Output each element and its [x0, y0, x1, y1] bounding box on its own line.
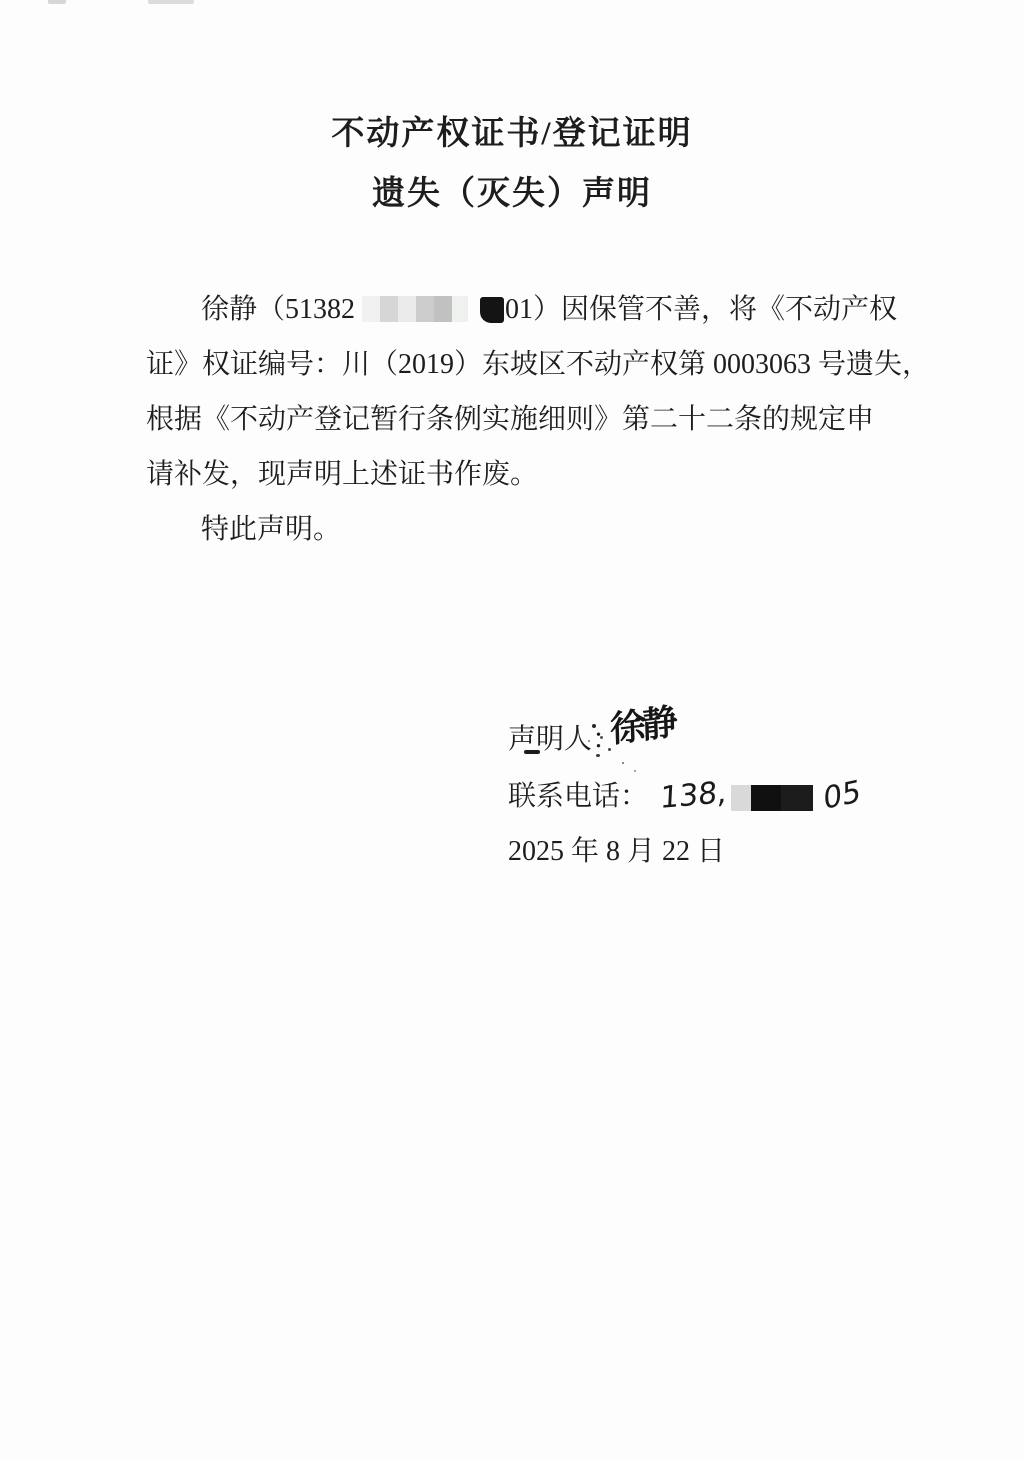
- body-line-4: 请补发，现声明上述证书作废。: [146, 447, 906, 502]
- handwritten-signature-area: 徐静: [620, 710, 684, 770]
- redaction-pixel-block: [398, 296, 416, 322]
- phone-row: 联系电话：138,05: [508, 768, 861, 824]
- ink-stroke: [524, 750, 540, 754]
- handwritten-signature: 徐静: [609, 694, 675, 758]
- ink-spatter-dot: [592, 724, 596, 728]
- handwritten-phone-prefix: 138,: [659, 765, 729, 827]
- ink-spatter-dot: [622, 762, 624, 764]
- ink-spatter-dot: [600, 736, 603, 739]
- scanned-document-page: 不动产权证书/登记证明 遗失（灭失）声明 徐静（51382 01）因保管不善，将…: [0, 0, 1024, 1458]
- ink-spatter-dot: [596, 754, 600, 757]
- redaction-pixel-block: [362, 296, 380, 322]
- body-closing-line: 特此声明。: [146, 502, 906, 557]
- body-line-1-text-pre: 徐静（51382: [201, 282, 355, 337]
- declarant-label: 声明人：: [508, 712, 620, 768]
- body-line-1-text-post: 01）因保管不善，将《不动产权: [505, 282, 897, 337]
- redaction-pixel-block: [380, 296, 398, 322]
- redaction-pixel-block: [731, 785, 751, 811]
- phone-label: 联系电话：: [508, 781, 648, 812]
- redaction-pixel-block: [416, 296, 434, 322]
- redaction-pixel-block: [781, 785, 813, 811]
- body-line-3: 根据《不动产登记暂行条例实施细则》第二十二条的规定申: [146, 392, 906, 447]
- body-line-2: 证》权证编号：川（2019）东坡区不动产权第 0003063 号遗失，: [146, 337, 906, 392]
- ink-spatter-dot: [588, 740, 590, 742]
- redaction-gap: [468, 297, 480, 323]
- document-title: 不动产权证书/登记证明: [0, 104, 1024, 164]
- redaction-pixel-block: [434, 296, 452, 322]
- document-body: 徐静（51382 01）因保管不善，将《不动产权 证》权证编号：川（2019）东…: [146, 282, 906, 557]
- handwritten-phone-suffix: 05: [823, 763, 860, 828]
- id-number-redaction-block: [480, 297, 504, 323]
- signature-block: 声明人： 徐静 联系电话：138,05 2025 年 8 月 22 日: [508, 712, 861, 880]
- id-number-redaction-mosaic: [362, 282, 468, 337]
- redaction-pixel-block: [751, 785, 781, 811]
- scan-artifact: [48, 0, 66, 4]
- phone-redaction-blocks: [731, 781, 813, 812]
- redaction-pixel-block: [452, 296, 468, 322]
- date-row: 2025 年 8 月 22 日: [508, 824, 861, 880]
- declarant-row: 声明人： 徐静: [508, 712, 861, 768]
- document-title-block: 不动产权证书/登记证明 遗失（灭失）声明: [0, 104, 1024, 224]
- document-subtitle: 遗失（灭失）声明: [0, 164, 1024, 224]
- body-line-1: 徐静（51382 01）因保管不善，将《不动产权: [146, 282, 906, 337]
- scan-artifact: [148, 0, 194, 4]
